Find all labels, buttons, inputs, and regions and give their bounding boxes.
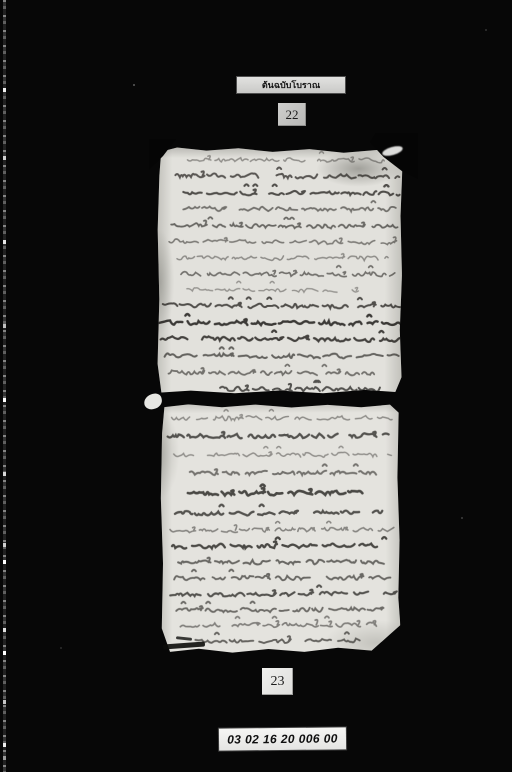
caption-text: ต้นฉบับโบราณ: [262, 78, 320, 91]
film-perforation-marks: [3, 88, 6, 92]
paper-scrap-mark: [143, 392, 164, 410]
caption-label: ต้นฉบับโบราณ: [236, 76, 346, 94]
dust-speckles: [133, 84, 135, 86]
code-strip-label: 03 02 16 20 006 00: [219, 727, 346, 750]
manuscript-page-top: [156, 145, 402, 394]
handwriting-top: [156, 145, 402, 394]
page-number-tag-bottom: 23: [262, 668, 293, 695]
page-number-bottom: 23: [271, 674, 285, 690]
code-text: 03 02 16 20 006 00: [227, 731, 338, 746]
page-number-tag-top: 22: [278, 103, 306, 126]
handwriting-bottom: [160, 403, 401, 654]
film-edge-strip: [3, 0, 6, 772]
page-number-top: 22: [286, 107, 299, 123]
manuscript-page-bottom: [160, 403, 401, 654]
microfilm-frame: ต้นฉบับโบราณ 22 23 03 02 16 20 006 00: [0, 0, 512, 772]
